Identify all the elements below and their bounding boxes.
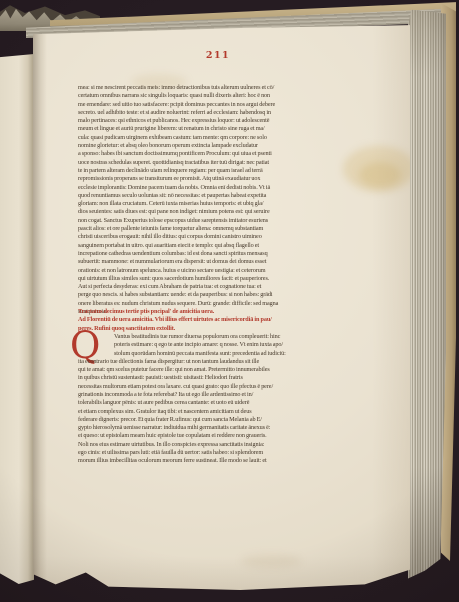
text-line: pascit alios: et ore pallente ieiuniis f… xyxy=(78,225,330,233)
text-line: subuertit: mammone: et nummulariorum era… xyxy=(78,258,330,266)
text-line: repromissionis properans se transiturum … xyxy=(78,175,330,183)
text-line: cula: quasi pudicam uirginem exhibeam ca… xyxy=(78,134,330,142)
text-line: orationis: et non latronum spelunca. hui… xyxy=(78,267,330,275)
text-line: et etiam complexus sim. Gratulor itaq ti… xyxy=(78,408,330,416)
text-line: gloriam: non illata cruciatum. Ceterū iu… xyxy=(78,200,330,208)
text-line: te in partem alteram declinādo uiam reli… xyxy=(78,167,330,175)
text-line: non cogat. Sanctus Exuperius tolose epsc… xyxy=(78,217,330,225)
page-stain xyxy=(241,554,301,568)
left-page-edge xyxy=(0,54,34,584)
text-line: morum illius imbecillitas oculorum meoru… xyxy=(78,457,330,465)
text-line: qui uirtutum illius similes sunt: quos s… xyxy=(78,275,330,283)
text-line: stolum quorūdam hominū peccata manifesta… xyxy=(78,350,330,358)
text-line: qui te amat: qm scelus putetur facere il… xyxy=(78,366,330,374)
rubric-line: sunt premia. Tractatus decimus tertie pt… xyxy=(78,308,330,316)
text-line: quod renuntiamus seculo uoluntas sit: nō… xyxy=(78,192,330,200)
text-line: in quibus christū sustentasti: pauisti: … xyxy=(78,374,330,382)
rubric-line: peres. Rufini quoq sanctitatem extollit. xyxy=(78,325,330,333)
text-line: malo pertinaces: qsi ethnicos et publica… xyxy=(78,117,330,125)
text-line: Aut si perfecta desyderas: exi cum Abrah… xyxy=(78,283,330,291)
text-line: tolerabilis languor pēnis: ut aure pedib… xyxy=(78,399,330,407)
gutter-shadow xyxy=(33,24,47,590)
text-line: ego cinis: et uilissima pars luti: etiā … xyxy=(78,449,330,457)
page-stain xyxy=(359,162,401,188)
text-line: perge quo nescis. si habes substantiam: … xyxy=(78,291,330,299)
fore-edge-pages xyxy=(408,8,446,582)
text-line: uoce nostras schedulas superet. quottidi… xyxy=(78,159,330,167)
page-stain xyxy=(131,74,187,90)
text-line: ita econtrario tue dilectionis fama disp… xyxy=(78,358,330,366)
text-line: me emendare: sed uitio tuo satisfacere: … xyxy=(78,101,330,109)
text-line: gypto hierosolymā uenisse narratur: indi… xyxy=(78,424,330,432)
page-stain xyxy=(343,146,415,192)
folio-number: 211 xyxy=(183,50,253,61)
text-line: sanguinem portabat in uitro. qui auariti… xyxy=(78,242,330,250)
text-line: federare digneris: precor. Et quia frate… xyxy=(78,416,330,424)
text-line: ei queso: ut epistolam meam huic epistol… xyxy=(78,432,330,440)
text-block: Q mea: si me nescirent peccatis meis: im… xyxy=(78,84,330,466)
text-line: nomine glorietur: et absq oleo bonorum o… xyxy=(78,142,330,150)
page: 211 Q mea: si me nescirent peccatis meis… xyxy=(33,24,410,590)
text-line: poteris estimare: q ego te ante incipio … xyxy=(78,341,330,349)
book-scan-photo: 211 Q mea: si me nescirent peccatis meis… xyxy=(0,0,459,602)
text-line: dios seuientes: satis diues est: qui pan… xyxy=(78,208,330,216)
text-line: Noli nos eius estimare uirtutibus. In il… xyxy=(78,441,330,449)
rubric-line: Ad Florentiū de uera amicitia. Vbi illiu… xyxy=(78,316,330,324)
text-line: meum et lingue et auriū prurigine libere… xyxy=(78,125,330,133)
text-line: christi uisceribus erogauit: nihil illo … xyxy=(78,233,330,241)
text-line: Vantus beatitudinis tue rumor diuersa po… xyxy=(78,333,330,341)
text-line: increpatione cathedras uendentium columb… xyxy=(78,250,330,258)
text-line: mea: si me nescirent peccatis meis: immo… xyxy=(78,84,330,92)
text-line: secreto. uel adhibito teste: et si audir… xyxy=(78,109,330,117)
text-line: onere liberatus es: nudum christum nudus… xyxy=(78,300,330,308)
text-line: necessitas multorum etiam potest ora lax… xyxy=(78,383,330,391)
drop-cap-initial: Q xyxy=(70,333,110,359)
text-line: ecclesie implorantis: Domine pacem tuam … xyxy=(78,184,330,192)
text-line: certatum omnibus narrans sic singulis lo… xyxy=(78,92,330,100)
text-line: grinationis incommoda a te fota refereba… xyxy=(78,391,330,399)
text-line: a sponso: habes ibi sanctum doctissimumq… xyxy=(78,150,330,158)
